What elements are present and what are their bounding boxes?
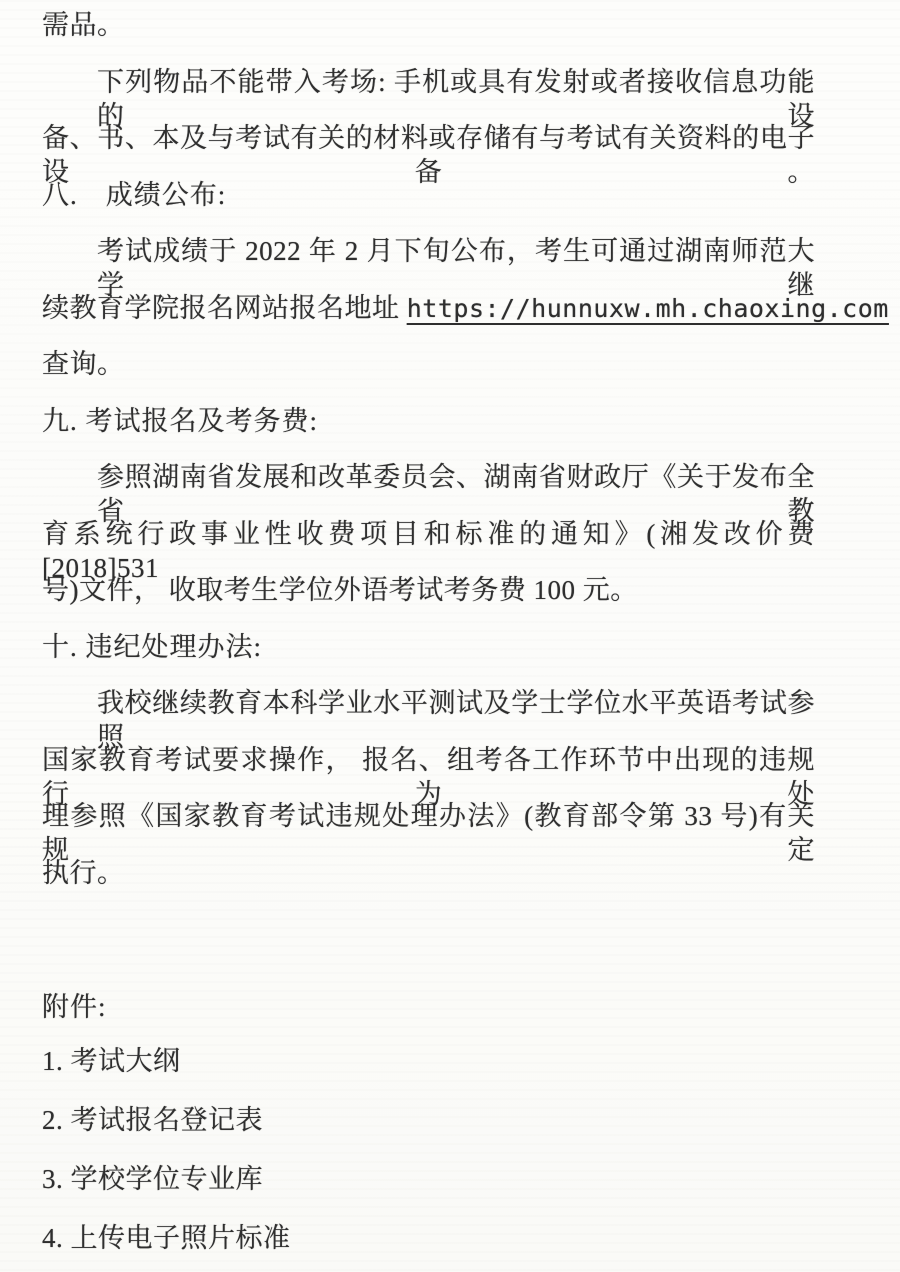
text-line: 续教育学院报名网站报名地址 https://hunnuxw.mh.chaoxin… bbox=[42, 291, 815, 326]
text-line: 执行。 bbox=[42, 856, 815, 890]
text-segment: 需品。 bbox=[42, 10, 125, 40]
text-line: 需品。 bbox=[42, 8, 815, 42]
text-segment: 号)文件， 收取考生学位外语考试考务费 100 元。 bbox=[42, 575, 638, 605]
text-segment: 九. 考试报名及考务费: bbox=[42, 406, 318, 436]
registration-url-text: https://hunnuxw.mh.chaoxing.com bbox=[407, 294, 889, 323]
text-segment: 执行。 bbox=[42, 858, 125, 888]
attachment-item: 3. 学校学位专业库 bbox=[42, 1162, 815, 1196]
attachment-item: 2. 考试报名登记表 bbox=[42, 1103, 815, 1137]
section-heading: 九. 考试报名及考务费: bbox=[42, 404, 815, 438]
section-heading: 十. 违纪处理办法: bbox=[42, 630, 815, 664]
text-segment: 查询。 bbox=[42, 349, 125, 379]
scanned-document-page: 需品。下列物品不能带入考场: 手机或具有发射或者接收信息功能的设备、书、本及与考… bbox=[0, 0, 900, 1272]
attachment-item: 1. 考试大纲 bbox=[42, 1044, 815, 1078]
section-heading: 八. 成绩公布: bbox=[42, 178, 815, 212]
attachments-heading: 附件: bbox=[42, 985, 107, 1024]
text-segment: 十. 违纪处理办法: bbox=[42, 632, 262, 662]
text-segment: 续教育学院报名网站报名地址 bbox=[42, 293, 407, 323]
attachment-item: 4. 上传电子照片标准 bbox=[42, 1221, 815, 1255]
text-segment: 八. 成绩公布: bbox=[42, 180, 226, 210]
text-line: 查询。 bbox=[42, 347, 815, 381]
text-line: 号)文件， 收取考生学位外语考试考务费 100 元。 bbox=[42, 573, 815, 607]
